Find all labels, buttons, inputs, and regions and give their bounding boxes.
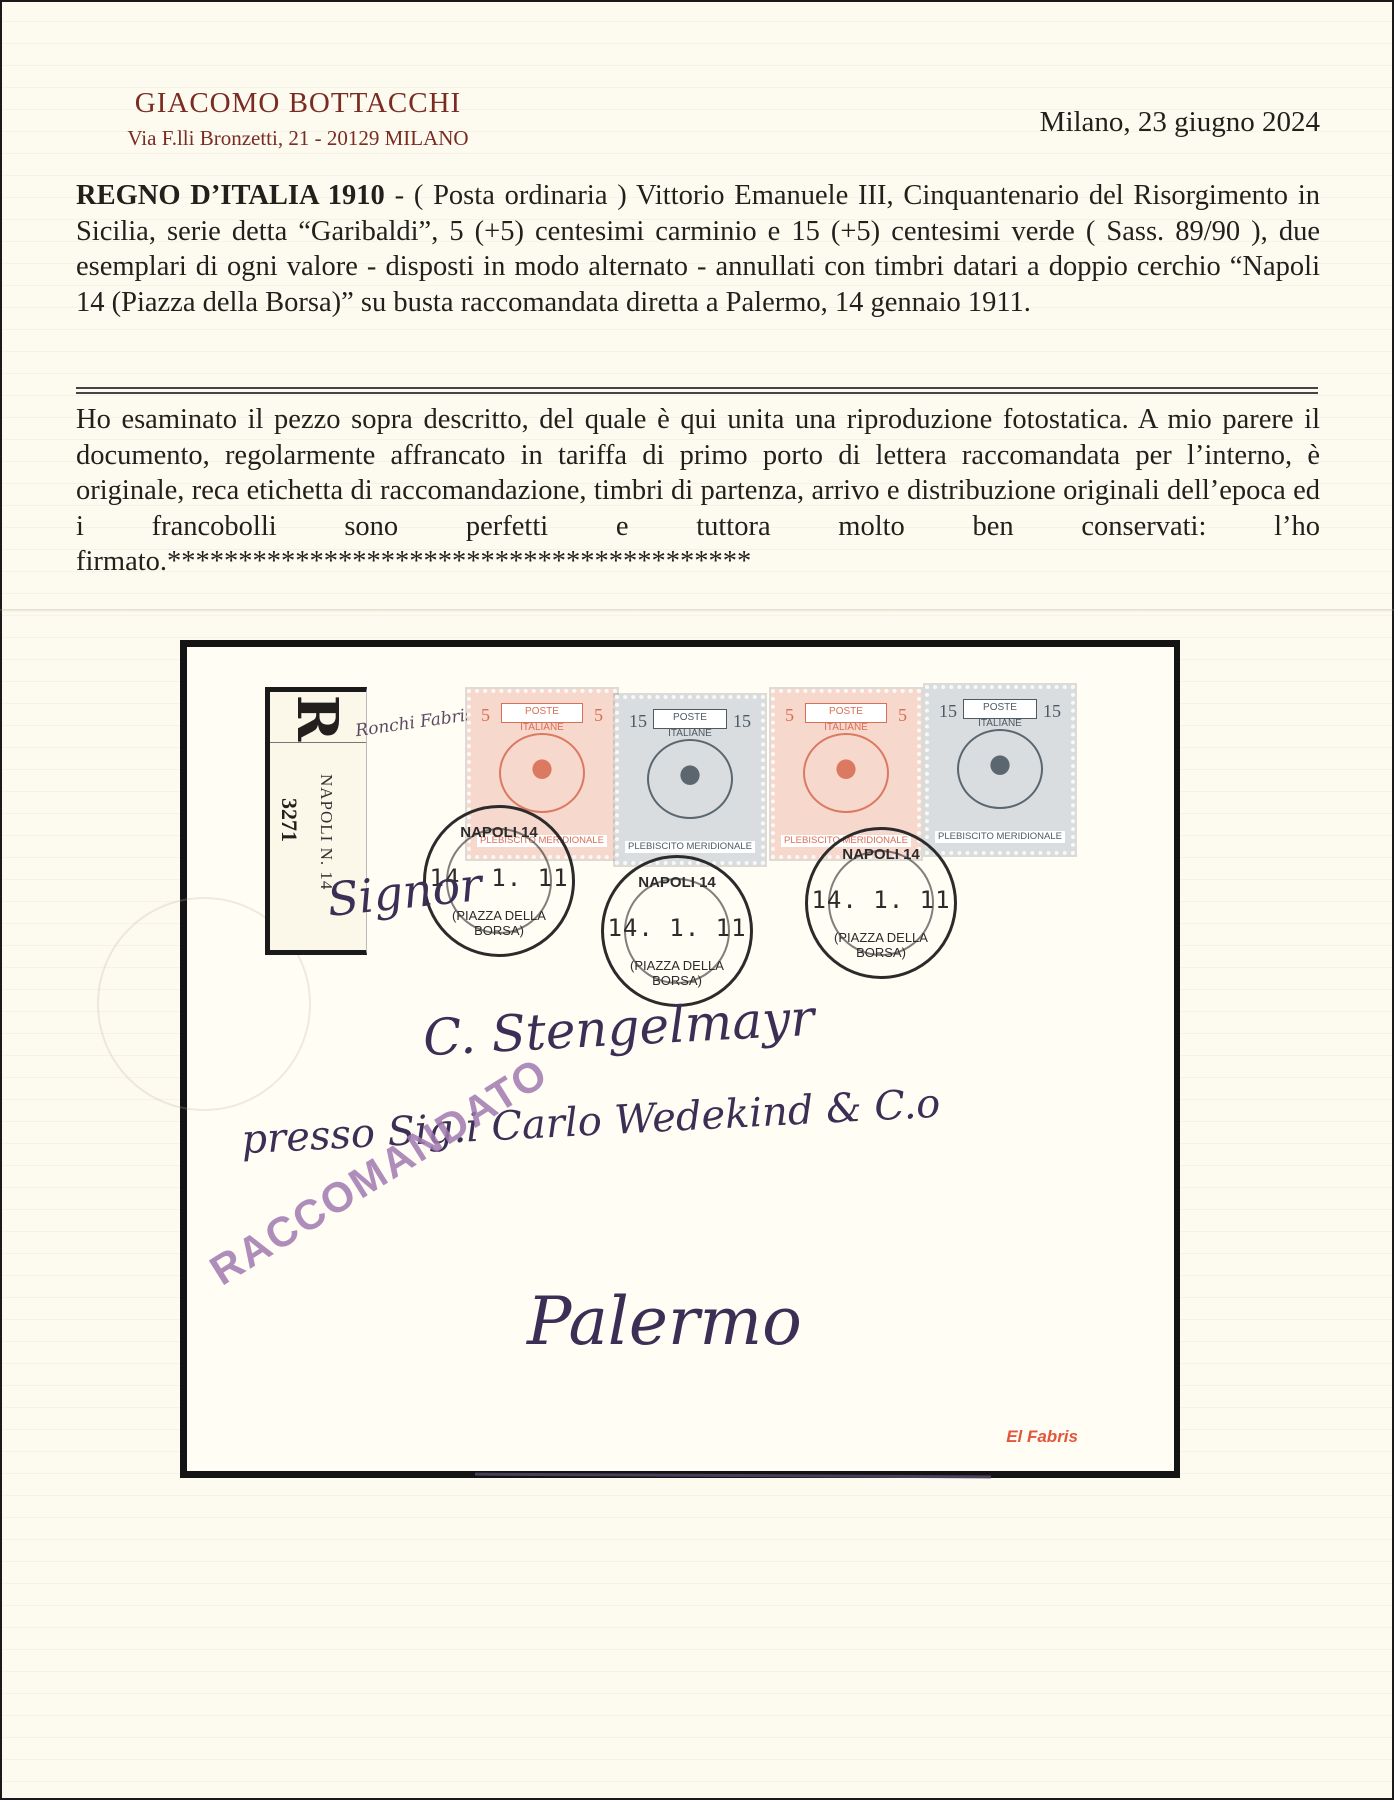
address-city: Palermo — [527, 1283, 802, 1360]
postmark-2: NAPOLI 14 14. 1. 11 (PIAZZA DELLA BORSA) — [601, 855, 753, 1007]
garibaldi-portrait-icon — [803, 733, 889, 813]
expert-opinion: Ho esaminato il pezzo sopra descritto, d… — [76, 402, 1320, 580]
expert-name: GIACOMO BOTTACCHI — [78, 86, 518, 120]
expert-address: Via F.lli Bronzetti, 21 - 20129 MILANO — [78, 124, 518, 152]
garibaldi-portrait-icon — [957, 729, 1043, 809]
garibaldi-portrait-icon — [499, 733, 585, 813]
paper-fold — [0, 609, 1394, 612]
stamp-15-cent-1: 15 15 POSTE ITALIANE PLEBISCITO MERIDION… — [615, 695, 765, 865]
stamp-15-cent-2: 15 15 POSTE ITALIANE PLEBISCITO MERIDION… — [925, 685, 1075, 855]
address-recipient: C. Stengelmayr — [422, 989, 816, 1067]
city-underline — [475, 1473, 991, 1479]
registration-number: 3271 — [276, 798, 302, 842]
address-care-of: presso Sig.i Carlo Wedekind & C.o — [240, 1081, 941, 1164]
letterhead: GIACOMO BOTTACCHI Via F.lli Bronzetti, 2… — [78, 86, 518, 152]
certificate-date: Milano, 23 giugno 2024 — [1040, 106, 1320, 139]
envelope-photo: R NAPOLI N. 14 3271 Ronchi Fabris 5 5 PO… — [180, 640, 1180, 1478]
item-description: REGNO D’ITALIA 1910 - ( Posta ordinaria … — [76, 178, 1320, 320]
pencil-note: Ronchi Fabris — [354, 705, 475, 741]
double-rule-divider — [76, 387, 1318, 394]
postmark-3: NAPOLI 14 14. 1. 11 (PIAZZA DELLA BORSA) — [805, 827, 957, 979]
garibaldi-portrait-icon — [647, 739, 733, 819]
expertizer-mark: El Fabris — [1006, 1427, 1078, 1447]
description-title: REGNO D’ITALIA 1910 — [76, 180, 385, 211]
registration-letter: R — [291, 693, 343, 743]
